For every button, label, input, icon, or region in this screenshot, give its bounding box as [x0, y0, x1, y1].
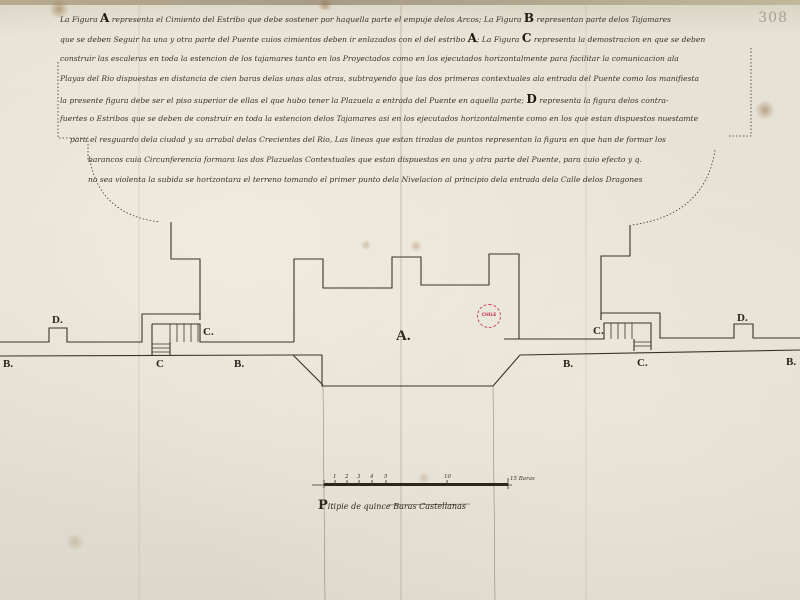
left-stair-hatch-horizontal — [152, 344, 170, 352]
scale-bar-body — [324, 483, 508, 486]
stamp-text: CHILE — [478, 313, 500, 318]
scale-tick-label: 1 — [333, 474, 337, 480]
scale-tick-label: 10 — [444, 474, 451, 480]
manuscript-sheet: 308 La Figura A representa el Cimiento d… — [0, 0, 800, 600]
scale-caption: Pitipie de quince Baras Castellanas — [318, 498, 466, 513]
scale-tick-label: 5 — [384, 474, 388, 480]
right-river-line — [520, 350, 800, 355]
label-a-abutment: A. — [396, 328, 411, 345]
abutment-a-chamfer-left — [293, 355, 323, 385]
label-c-left-lower: C — [156, 358, 164, 370]
right-stair-top — [504, 323, 651, 350]
label-b-left: B. — [3, 358, 13, 370]
label-d-left: D. — [52, 314, 63, 326]
abutment-a-footing — [293, 355, 520, 386]
label-c-right-lower: C. — [637, 357, 648, 369]
right-plazuela-arc — [632, 150, 715, 225]
label-c-left-upper: C. — [203, 326, 214, 338]
guide-line-right — [493, 386, 495, 600]
left-wall-step — [171, 222, 200, 320]
legend-frame-left — [58, 62, 88, 160]
left-river-line — [0, 355, 293, 356]
label-b-center-left: B. — [234, 358, 244, 370]
left-stair-hatch-vertical — [170, 324, 198, 342]
label-d-right: D. — [737, 312, 748, 324]
left-stair-top — [152, 324, 294, 342]
library-stamp: CHILE — [477, 304, 501, 328]
right-tajamar-outline — [601, 313, 800, 338]
right-wall-step — [601, 225, 630, 320]
right-stair-hatch-horizontal — [634, 342, 651, 346]
scale-tick-label: 2 — [345, 474, 349, 480]
scale-tick-label: 4 — [370, 474, 374, 480]
scale-tick-label: 3 — [357, 474, 361, 480]
legend-frame-right — [727, 48, 751, 136]
label-b-right: B. — [786, 356, 796, 368]
label-c-right-upper: C. — [593, 325, 604, 337]
right-stair-hatch-vertical — [611, 323, 632, 339]
scale-end-label: 15 Baras — [510, 476, 535, 482]
label-b-center-right: B. — [563, 358, 573, 370]
guide-line-left — [323, 386, 325, 600]
left-plazuela-arc — [90, 160, 160, 222]
